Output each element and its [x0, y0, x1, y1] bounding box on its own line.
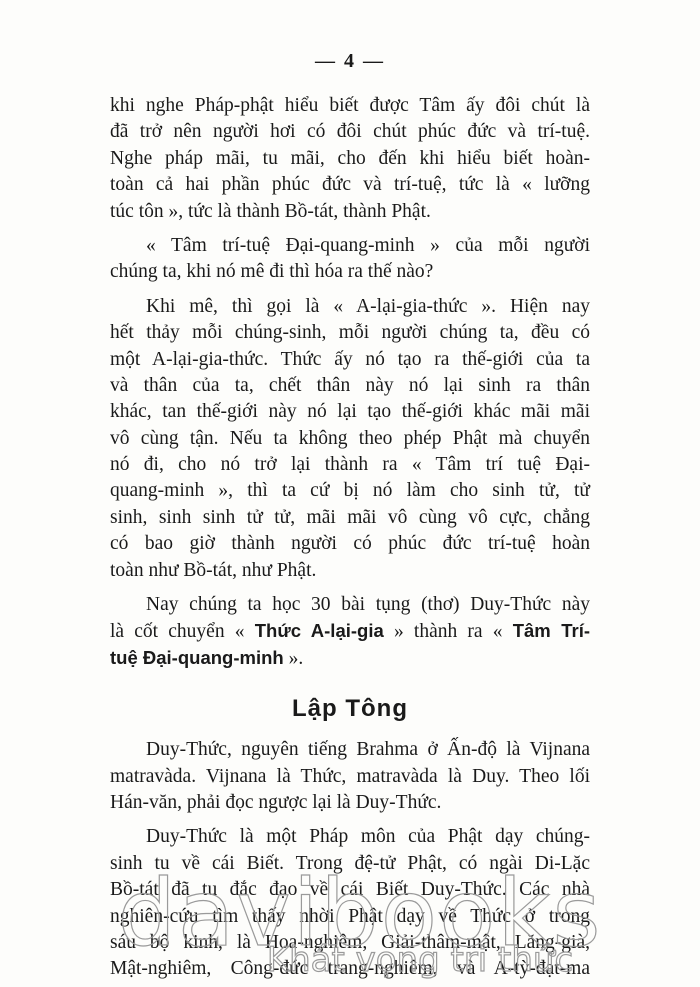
- text-line: túc tôn », tức là thành Bồ-tát, thành Ph…: [110, 199, 590, 225]
- paragraph-4: Nay chúng ta học 30 bài tụng (thơ) Duy-T…: [110, 592, 590, 671]
- text-run: » thành ra «: [384, 621, 513, 642]
- text-line: nó đi, cho nó trở lại thành ra « Tâm trí…: [110, 452, 590, 478]
- section-heading: Lập Tông: [110, 695, 590, 723]
- text-line: vô cùng tận. Nếu ta không theo phép Phật…: [110, 426, 590, 452]
- page-number: — 4 —: [0, 50, 700, 73]
- text-line: và thân của ta, chết thân này nó lại sin…: [110, 373, 590, 399]
- text-line: quang-minh », thì ta cứ bị nó làm cho si…: [110, 478, 590, 504]
- bold-term: tuệ Đại-quang-minh: [110, 647, 284, 668]
- text-line: matravàda. Vijnana là Thức, matravàda là…: [110, 764, 590, 790]
- text-run: là cốt chuyển «: [110, 621, 255, 642]
- text-line: khi nghe Pháp-phật hiểu biết được Tâm ấy…: [110, 93, 590, 119]
- bold-term: Thức A-lại-gia: [255, 620, 384, 641]
- text-line: Khi mê, thì gọi là « A-lại-gia-thức ». H…: [110, 294, 590, 320]
- text-line: toàn như Bồ-tát, như Phật.: [110, 558, 590, 584]
- bold-term: Tâm Trí-: [513, 620, 590, 641]
- text-line: Hán-văn, phải đọc ngược lại là Duy-Thức.: [110, 790, 590, 816]
- text-line: toàn cả hai phần phúc đức và trí-tuệ, tứ…: [110, 172, 590, 198]
- paragraph-1: khi nghe Pháp-phật hiểu biết được Tâm ấy…: [110, 93, 590, 225]
- paragraph-5: Duy-Thức, nguyên tiếng Brahma ở Ấn-độ là…: [110, 737, 590, 816]
- text-line: « Tâm trí-tuệ Đại-quang-minh » của mỗi n…: [110, 233, 590, 259]
- text-line: Nay chúng ta học 30 bài tụng (thơ) Duy-T…: [110, 592, 590, 618]
- text-line: Duy-Thức, nguyên tiếng Brahma ở Ấn-độ là…: [110, 737, 590, 763]
- text-line: hết thảy mỗi chúng-sinh, mỗi người chúng…: [110, 320, 590, 346]
- paragraph-2: « Tâm trí-tuệ Đại-quang-minh » của mỗi n…: [110, 233, 590, 286]
- text-line: một A-lại-gia-thức. Thức ấy nó tạo ra th…: [110, 347, 590, 373]
- watermark-tagline: Khát vọng tri thức: [70, 940, 700, 980]
- text-line: khác, tan thế-giới này nó lại tạo thế-gi…: [110, 399, 590, 425]
- text-line: đã trở nên người hơi có đôi chút phúc đứ…: [110, 119, 590, 145]
- text-line: là cốt chuyển « Thức A-lại-gia » thành r…: [110, 618, 590, 644]
- text-line: Duy-Thức là một Pháp môn của Phật dạy ch…: [110, 824, 590, 850]
- text-line: tuệ Đại-quang-minh ».: [110, 645, 590, 671]
- text-line: Nghe pháp mãi, tu mãi, cho đến khi hiểu …: [110, 146, 590, 172]
- body-text: khi nghe Pháp-phật hiểu biết được Tâm ấy…: [110, 93, 590, 983]
- text-line: có bao giờ thành người có phúc đức trí-t…: [110, 531, 590, 557]
- text-line: chúng ta, khi nó mê đi thì hóa ra thế nà…: [110, 259, 590, 285]
- paragraph-3: Khi mê, thì gọi là « A-lại-gia-thức ». H…: [110, 294, 590, 584]
- text-run: ».: [284, 648, 304, 669]
- text-line: sinh, sinh sinh tử tử, mãi mãi vô cùng v…: [110, 505, 590, 531]
